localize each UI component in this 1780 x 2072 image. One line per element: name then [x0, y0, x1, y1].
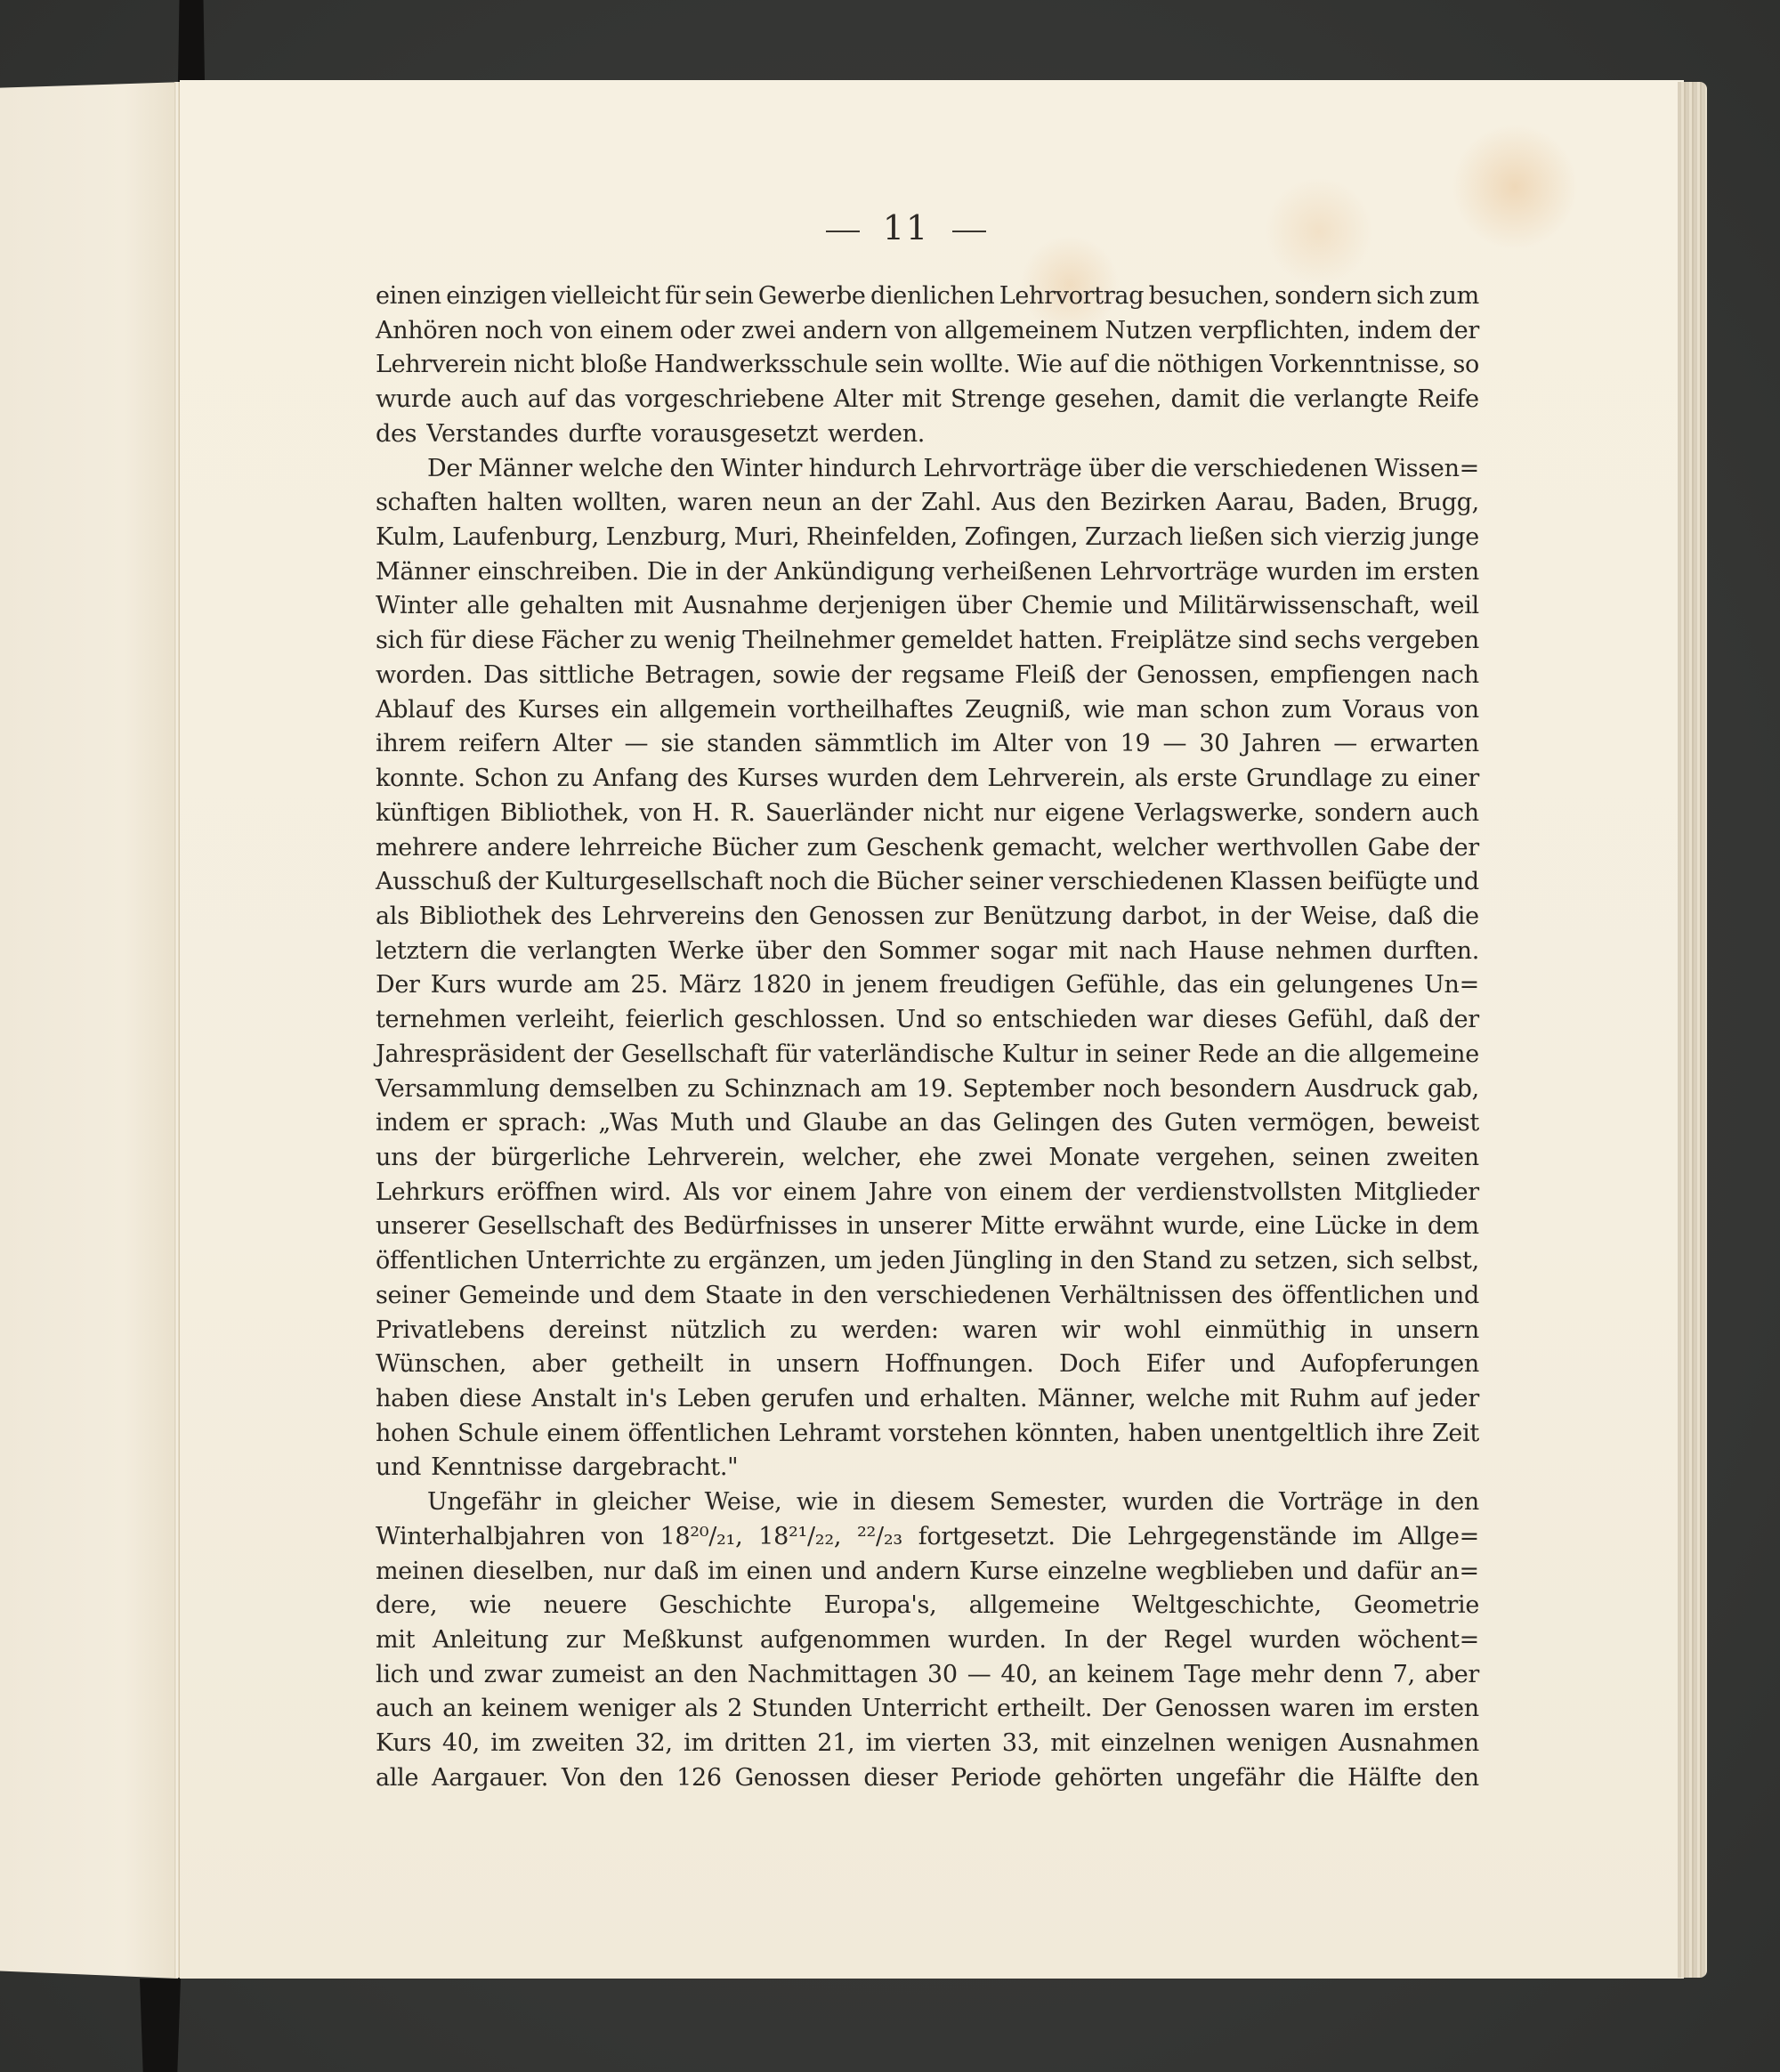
- word: verheißenen: [943, 555, 1092, 590]
- word: zum: [1429, 279, 1479, 314]
- word: 19.: [916, 1072, 953, 1107]
- word: 21,: [817, 1727, 854, 1761]
- word: Gewerbe: [758, 279, 866, 314]
- word: auch: [461, 383, 519, 417]
- text-line: eineneinzigenvielleichtfürseinGewerbedie…: [376, 279, 1479, 314]
- word: durfte: [568, 417, 642, 452]
- word: vortheilhaftes: [788, 693, 953, 728]
- word: keinem: [1087, 1658, 1174, 1693]
- word: Reife: [1417, 383, 1478, 417]
- word: 25.: [631, 968, 668, 1003]
- word: Kulm,: [376, 521, 445, 555]
- word: Von: [562, 1761, 606, 1796]
- word: haben: [1129, 1417, 1202, 1452]
- word: derjenigen: [818, 589, 946, 624]
- word: Schon: [474, 762, 548, 797]
- word: eine: [1255, 1210, 1306, 1244]
- word: sprach:: [498, 1106, 587, 1141]
- word: einen: [747, 1555, 813, 1590]
- word: allgemeine: [1348, 1038, 1479, 1072]
- word: seiner: [376, 1279, 449, 1314]
- word: für: [775, 1038, 810, 1072]
- text-line: alsBibliothekdesLehrvereinsdenGenossenzu…: [376, 900, 1479, 935]
- word: konnte.: [376, 762, 465, 797]
- word: Lücke: [1315, 1210, 1387, 1244]
- word: zu: [687, 1072, 715, 1107]
- word: haben: [376, 1382, 449, 1417]
- word: jenem: [855, 968, 928, 1003]
- word: schaften: [376, 486, 477, 521]
- word: er: [461, 1106, 486, 1141]
- word: denn: [1323, 1658, 1383, 1693]
- word: zwei: [741, 314, 796, 349]
- word: zum: [1282, 693, 1331, 728]
- text-line: mehrereanderelehrreicheBücherzumGeschenk…: [376, 831, 1479, 866]
- word: meinen: [376, 1555, 464, 1590]
- word: Alter: [553, 727, 611, 762]
- word: Ausdruck: [1305, 1072, 1418, 1107]
- word: einem: [999, 1176, 1072, 1210]
- word: den: [823, 1279, 868, 1314]
- word: Vorkenntnisse,: [1270, 348, 1446, 383]
- word: Gemeinde: [458, 1279, 579, 1314]
- word: die: [833, 865, 870, 900]
- word: Europa's,: [824, 1589, 937, 1623]
- word: und: [746, 1106, 791, 1141]
- word: vergehen,: [1156, 1141, 1275, 1176]
- word: Baden,: [1305, 486, 1388, 521]
- word: 40,: [1000, 1658, 1038, 1693]
- word: wurde,: [1162, 1210, 1245, 1244]
- word: —: [1163, 727, 1187, 762]
- word: den: [693, 1658, 738, 1693]
- word: einschreiben.: [478, 555, 639, 590]
- word: Vorträge: [1279, 1485, 1383, 1520]
- word: des: [687, 762, 728, 797]
- word: Lehrverein: [376, 348, 506, 383]
- word: werthvollen: [1217, 831, 1358, 866]
- word: verschiedenen: [877, 1279, 1050, 1314]
- word: im: [708, 1555, 738, 1590]
- word: daß: [1384, 1003, 1429, 1038]
- word: September: [962, 1072, 1094, 1107]
- word: ²²/₂₃: [857, 1520, 902, 1555]
- word: Verlagswerke,: [1135, 797, 1305, 831]
- word: unsern: [1396, 1314, 1479, 1348]
- word: so: [1452, 348, 1479, 383]
- word: und: [1434, 865, 1479, 900]
- word: lich: [376, 1658, 419, 1693]
- word: mit: [1240, 1382, 1279, 1417]
- word: einer: [1418, 762, 1479, 797]
- word: letztern: [376, 935, 468, 969]
- word: wohl: [1124, 1314, 1181, 1348]
- word: Glaube: [803, 1106, 887, 1141]
- word: welche: [578, 452, 662, 487]
- word: ein: [1229, 968, 1266, 1003]
- word: einzelnen: [1101, 1727, 1216, 1761]
- text-line: wurdeauchaufdasvorgeschriebeneAltermitSt…: [376, 383, 1479, 417]
- word: in: [1396, 1210, 1418, 1244]
- word: gleicher: [593, 1485, 691, 1520]
- word: Kurses: [517, 693, 599, 728]
- word: in: [822, 968, 845, 1003]
- word: eröffnen: [497, 1176, 597, 1210]
- word: von: [639, 797, 682, 831]
- word: auf: [528, 383, 566, 417]
- word: in: [853, 1485, 875, 1520]
- text-line: Wünschen,abergetheiltinunsernHoffnungen.…: [376, 1348, 1479, 1382]
- word: sondern: [1274, 279, 1371, 314]
- word: Verhältnissen: [1060, 1279, 1222, 1314]
- word: im: [1364, 1692, 1395, 1727]
- word: zumeist: [552, 1658, 644, 1693]
- word: indem: [376, 1106, 449, 1141]
- word: das: [575, 383, 616, 417]
- word: Ungefähr: [427, 1485, 540, 1520]
- word: im: [951, 727, 981, 762]
- word: der: [871, 486, 911, 521]
- word: Allge=: [1398, 1520, 1479, 1555]
- left-page: [0, 78, 178, 1979]
- word: verlangte: [1294, 383, 1408, 417]
- word: andern: [876, 1555, 960, 1590]
- word: zu: [1219, 1244, 1247, 1279]
- word: Lehrverein,: [647, 1141, 786, 1176]
- word: sich: [1377, 279, 1425, 314]
- word: jeden: [879, 1244, 945, 1279]
- word: eigene: [1045, 797, 1124, 831]
- word: Die: [647, 555, 687, 590]
- word: wird.: [610, 1176, 671, 1210]
- word: wurde: [497, 968, 572, 1003]
- word: und: [864, 1382, 910, 1417]
- word: Fleiß: [1015, 659, 1076, 693]
- word: diesem: [890, 1485, 975, 1520]
- word: Bibliothek,: [500, 797, 629, 831]
- word: noch: [485, 314, 543, 349]
- word: Kurs: [431, 968, 487, 1003]
- text-line: worden.DassittlicheBetragen,sowiederregs…: [376, 659, 1479, 693]
- word: über: [1088, 452, 1144, 487]
- word: vorgeschriebene: [625, 383, 824, 417]
- word: und: [1230, 1348, 1275, 1382]
- word: um: [834, 1244, 871, 1279]
- word: Bücher: [877, 865, 963, 900]
- word: den: [1435, 1485, 1479, 1520]
- word: öffentlichen: [628, 1417, 771, 1452]
- text-line: meinendieselben,nurdaßimeinenundandernKu…: [376, 1555, 1479, 1590]
- text-line: VersammlungdemselbenzuSchinznacham19.Sep…: [376, 1072, 1479, 1107]
- word: Als: [684, 1176, 720, 1210]
- word: lehrreiche: [579, 831, 702, 866]
- word: Zeit: [1432, 1417, 1479, 1452]
- word: in: [846, 1210, 869, 1244]
- word: Jahrespräsident: [376, 1038, 565, 1072]
- text-line: ternehmenverleiht,feierlichgeschlossen.U…: [376, 1003, 1479, 1038]
- word: empfiengen: [1270, 659, 1412, 693]
- word: den: [1435, 1761, 1479, 1796]
- word: in: [1397, 1485, 1420, 1520]
- word: Muri,: [734, 521, 800, 555]
- word: halten: [487, 486, 562, 521]
- word: gesehen,: [1055, 383, 1161, 417]
- text-line: desVerstandesdurftevorausgesetztwerden.: [376, 417, 1479, 452]
- word: mit: [1068, 935, 1107, 969]
- word: —: [625, 727, 649, 762]
- word: Regel: [1163, 1623, 1232, 1658]
- word: Nachmittagen: [748, 1658, 918, 1693]
- word: welcher: [1112, 831, 1208, 866]
- word: erwarten: [1370, 727, 1479, 762]
- word: öffentlichen: [1282, 1279, 1424, 1314]
- word: der: [1250, 900, 1290, 935]
- word: im: [1365, 555, 1396, 590]
- word: des: [376, 417, 417, 452]
- word: Kulturgesellschaft: [545, 865, 763, 900]
- word: wöchent=: [1358, 1623, 1479, 1658]
- page-edges: [1678, 82, 1707, 1978]
- word: Alter: [834, 383, 893, 417]
- word: des: [551, 900, 592, 935]
- word: nützlich: [670, 1314, 765, 1348]
- text-line: dere,wieneuereGeschichteEuropa's,allgeme…: [376, 1589, 1479, 1623]
- word: Ankündigung: [774, 555, 934, 590]
- word: nicht: [514, 348, 574, 383]
- word: einem: [546, 1417, 619, 1452]
- word: alle: [466, 589, 509, 624]
- word: von: [550, 314, 593, 349]
- book-spine-top: [178, 0, 205, 82]
- word: wurden: [1250, 1623, 1340, 1658]
- word: in: [791, 1279, 813, 1314]
- word: war: [1147, 1003, 1193, 1038]
- word: einmüthig: [1205, 1314, 1326, 1348]
- text-line: Privatlebensdereinstnützlichzuwerden:war…: [376, 1314, 1479, 1348]
- word: Stand: [1142, 1244, 1212, 1279]
- word: Gefühl,: [1287, 1003, 1373, 1038]
- word: könnten,: [1015, 1417, 1121, 1452]
- word: an: [1048, 1658, 1077, 1693]
- word: und: [821, 1555, 866, 1590]
- dash-left: [826, 231, 860, 232]
- word: dafür: [1356, 1555, 1420, 1590]
- word: der: [851, 659, 891, 693]
- word: wurden: [828, 762, 918, 797]
- text-line: Männereinschreiben.DieinderAnkündigungve…: [376, 555, 1479, 590]
- word: verdienstvollsten: [1137, 1176, 1342, 1210]
- word: 30: [1199, 727, 1229, 762]
- word: gerufen: [761, 1382, 854, 1417]
- word: 126: [676, 1761, 722, 1796]
- word: wurden: [1266, 555, 1357, 590]
- word: die: [1298, 1761, 1334, 1796]
- word: vierten: [907, 1727, 991, 1761]
- word: Genossen,: [1137, 659, 1259, 693]
- word: des: [465, 693, 506, 728]
- word: neuere: [543, 1589, 627, 1623]
- word: nur: [993, 797, 1035, 831]
- word: in: [695, 555, 717, 590]
- word: die: [1114, 348, 1151, 383]
- word: Alter: [993, 727, 1052, 762]
- word: des: [1232, 1279, 1273, 1314]
- word: Wissen=: [1374, 452, 1479, 487]
- word: unserer: [376, 1210, 468, 1244]
- word: Rede: [1198, 1038, 1258, 1072]
- word: vermögen,: [1249, 1106, 1376, 1141]
- word: ternehmen: [376, 1003, 506, 1038]
- word: der: [1085, 1176, 1125, 1210]
- text-line: schaftenhaltenwollten,warenneunanderZahl…: [376, 486, 1479, 521]
- text-line: DerKurswurdeam25.März1820injenemfreudige…: [376, 968, 1479, 1003]
- word: der: [1105, 1623, 1145, 1658]
- word: junge: [1412, 521, 1479, 555]
- word: sich: [1347, 1244, 1395, 1279]
- word: Lehrvortrag: [999, 279, 1144, 314]
- word: das: [1177, 968, 1218, 1003]
- text-line: lichundzwarzumeistandenNachmittagen30—40…: [376, 1658, 1479, 1693]
- word: der: [1086, 659, 1126, 693]
- word: Der: [1102, 1692, 1146, 1727]
- word: zwar: [484, 1658, 542, 1693]
- word: und: [429, 1658, 474, 1693]
- word: gehörten: [1055, 1761, 1163, 1796]
- word: einzelne: [1048, 1555, 1147, 1590]
- word: sechs: [1294, 624, 1361, 659]
- word: hatten.: [1019, 624, 1104, 659]
- word: Jahren: [1242, 727, 1321, 762]
- word: im: [490, 1727, 521, 1761]
- word: vergeben: [1367, 624, 1479, 659]
- word: Zofingen,: [965, 521, 1079, 555]
- word: nach: [1421, 659, 1479, 693]
- word: wurden.: [948, 1623, 1047, 1658]
- word: hindurch: [809, 452, 917, 487]
- word: vor: [732, 1176, 772, 1210]
- word: nöthigen: [1157, 348, 1263, 383]
- word: Laufenburg,: [452, 521, 599, 555]
- word: der: [1439, 1003, 1479, 1038]
- word: an=: [1430, 1555, 1479, 1590]
- word: ersten: [1404, 1692, 1479, 1727]
- word: Genossen: [809, 900, 925, 935]
- word: 18²¹/₂₂,: [758, 1520, 841, 1555]
- word: Mitte: [980, 1210, 1044, 1244]
- word: von: [1436, 693, 1479, 728]
- word: sie: [660, 727, 694, 762]
- word: auch: [376, 1692, 433, 1727]
- word: sämmtlich: [814, 727, 938, 762]
- word: von: [1065, 727, 1108, 762]
- word: Gefühle,: [1065, 968, 1166, 1003]
- word: besuchen,: [1149, 279, 1270, 314]
- word: Rheinfelden,: [806, 521, 958, 555]
- word: Privatlebens: [376, 1314, 524, 1348]
- word: Gesellschaft: [621, 1038, 767, 1072]
- word: in's: [626, 1382, 667, 1417]
- word: Theilnehmer: [742, 624, 894, 659]
- word: Der: [427, 452, 472, 487]
- word: H.: [692, 797, 720, 831]
- word: zu: [556, 762, 584, 797]
- word: —: [1333, 727, 1357, 762]
- word: Un=: [1424, 968, 1479, 1003]
- word: Die: [1072, 1520, 1112, 1555]
- word: einzigen: [446, 279, 546, 314]
- word: regsame: [902, 659, 1005, 693]
- word: 40,: [442, 1727, 480, 1761]
- text-line: sichfürdieseFächerzuwenigTheilnehmergeme…: [376, 624, 1479, 659]
- word: hohen: [376, 1417, 449, 1452]
- word: zu: [1381, 762, 1409, 797]
- word: Wünschen,: [376, 1348, 506, 1382]
- word: Ausnahmen: [1339, 1727, 1479, 1761]
- word: Geometrie: [1354, 1589, 1479, 1623]
- word: auf: [1370, 1382, 1408, 1417]
- word: das: [940, 1106, 981, 1141]
- text-line: künftigenBibliothek,vonH.R.Sauerländerni…: [376, 797, 1479, 831]
- word: wenigen: [1226, 1727, 1328, 1761]
- word: aber: [1425, 1658, 1479, 1693]
- word: Guten: [1164, 1106, 1237, 1141]
- word: wie: [469, 1589, 511, 1623]
- word: Klassen: [1229, 865, 1322, 900]
- word: in: [1218, 900, 1241, 935]
- word: mit: [634, 589, 673, 624]
- word: sowie: [773, 659, 840, 693]
- word: Männer: [478, 452, 572, 487]
- word: andern: [803, 314, 887, 349]
- word: Monate: [1048, 1141, 1139, 1176]
- word: nach: [1119, 935, 1177, 969]
- word: Zeugniß,: [965, 693, 1072, 728]
- word: unsern: [776, 1348, 859, 1382]
- word: Weltgeschichte,: [1132, 1589, 1322, 1623]
- word: den: [619, 1761, 664, 1796]
- word: den: [755, 900, 799, 935]
- word: und: [589, 1279, 635, 1314]
- word: Gabe: [1368, 831, 1430, 866]
- word: Anhören: [376, 314, 478, 349]
- word: Sommer: [878, 935, 979, 969]
- word: ein: [611, 693, 647, 728]
- word: an: [1266, 1038, 1296, 1072]
- text-line: alleAargauer.Vonden126GenossendieserPeri…: [376, 1761, 1479, 1796]
- word: ließen: [1189, 521, 1263, 555]
- word: Hoffnungen.: [885, 1348, 1034, 1382]
- word: am: [870, 1072, 907, 1107]
- word: 2: [727, 1692, 742, 1727]
- word: daß: [1388, 900, 1433, 935]
- word: Hälfte: [1347, 1761, 1421, 1796]
- word: Lehramt: [779, 1417, 881, 1452]
- word: keinem: [481, 1692, 569, 1727]
- word: standen: [707, 727, 802, 762]
- word: Voraus: [1343, 693, 1425, 728]
- word: zu: [630, 624, 658, 659]
- word: dienlichen: [870, 279, 994, 314]
- word: Aargauer.: [432, 1761, 548, 1796]
- word: Und: [895, 1003, 946, 1038]
- word: von: [944, 1176, 987, 1210]
- word: freudigen: [939, 968, 1055, 1003]
- word: 19: [1121, 727, 1151, 762]
- word: Winterhalbjahren: [376, 1520, 586, 1555]
- word: Aarau,: [1216, 486, 1295, 521]
- word: dargebracht.": [572, 1451, 738, 1485]
- word: Geschenk: [866, 831, 983, 866]
